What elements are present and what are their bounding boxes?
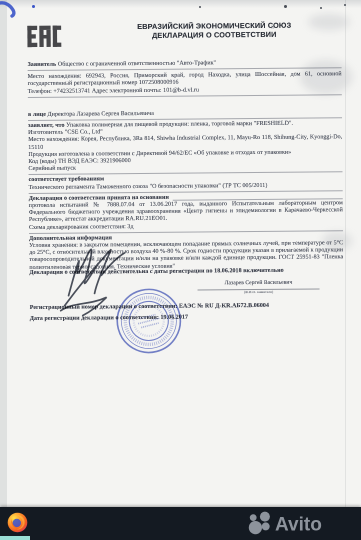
document-header: ЕВРАЗИЙСКИЙ ЭКОНОМИЧЕСКИЙ СОЮЗ ДЕКЛАРАЦИ… — [27, 19, 341, 54]
applicant-line: Заявитель Общество с ограниченной ответс… — [28, 59, 342, 71]
person-name: Директора Лазарева Сергея Васильевича — [48, 111, 154, 118]
eac-logo-icon — [27, 22, 61, 51]
taskbar: Avito — [0, 507, 361, 540]
release-type-line: Серийный выпуск — [28, 163, 342, 175]
applicant-contacts: Телефон: +74232513741 Адрес электронной … — [28, 86, 342, 98]
applicant-name: Общество с ограниченной ответственностью… — [58, 60, 216, 67]
scan-left-edge — [0, 0, 7, 507]
dust-speck — [344, 4, 346, 6]
avito-logo-dots — [249, 512, 270, 535]
signer-caption: (Ф.И.О. заявителя) — [198, 289, 320, 295]
firefox-icon[interactable] — [7, 512, 28, 533]
avito-logo-text: Avito — [275, 515, 322, 536]
applicant-details: Место нахождения: 692943, Россия, Примор… — [28, 71, 342, 97]
applicant-label: Заявитель — [28, 62, 57, 68]
product-text: Упаковка полимерная для пищевой продукци… — [66, 121, 293, 129]
declares-label: заявляет, что — [28, 123, 65, 129]
screenshot-root: 3 ЕВРАЗИЙСКИЙ ЭКОНОМИЧЕСКИЙ СОЮЗ ДЕКЛАРА… — [0, 0, 361, 540]
taskbar-active-indicator — [0, 536, 30, 540]
person-line: в лице Директора Лазарева Сергея Василье… — [28, 109, 342, 121]
basis-text: протокола испытаний № 7888.07.04 от 13.0… — [29, 200, 343, 224]
title-line-2: ДЕКЛАРАЦИЯ О СООТВЕТСТВИИ — [87, 30, 341, 41]
signer-block: Лазарев Сергей Васильевич (Ф.И.О. заявит… — [197, 279, 319, 294]
document-title: ЕВРАЗИЙСКИЙ ЭКОНОМИЧЕСКИЙ СОЮЗ ДЕКЛАРАЦИ… — [87, 21, 341, 40]
person-label: в лице — [28, 112, 46, 118]
document-page: ЕВРАЗИЙСКИЙ ЭКОНОМИЧЕСКИЙ СОЮЗ ДЕКЛАРАЦИ… — [27, 0, 345, 507]
blue-pen-mark-icon — [0, 0, 26, 20]
avito-watermark: Avito — [248, 511, 346, 535]
conformity-text: Технического регламента Таможенного союз… — [29, 182, 343, 194]
